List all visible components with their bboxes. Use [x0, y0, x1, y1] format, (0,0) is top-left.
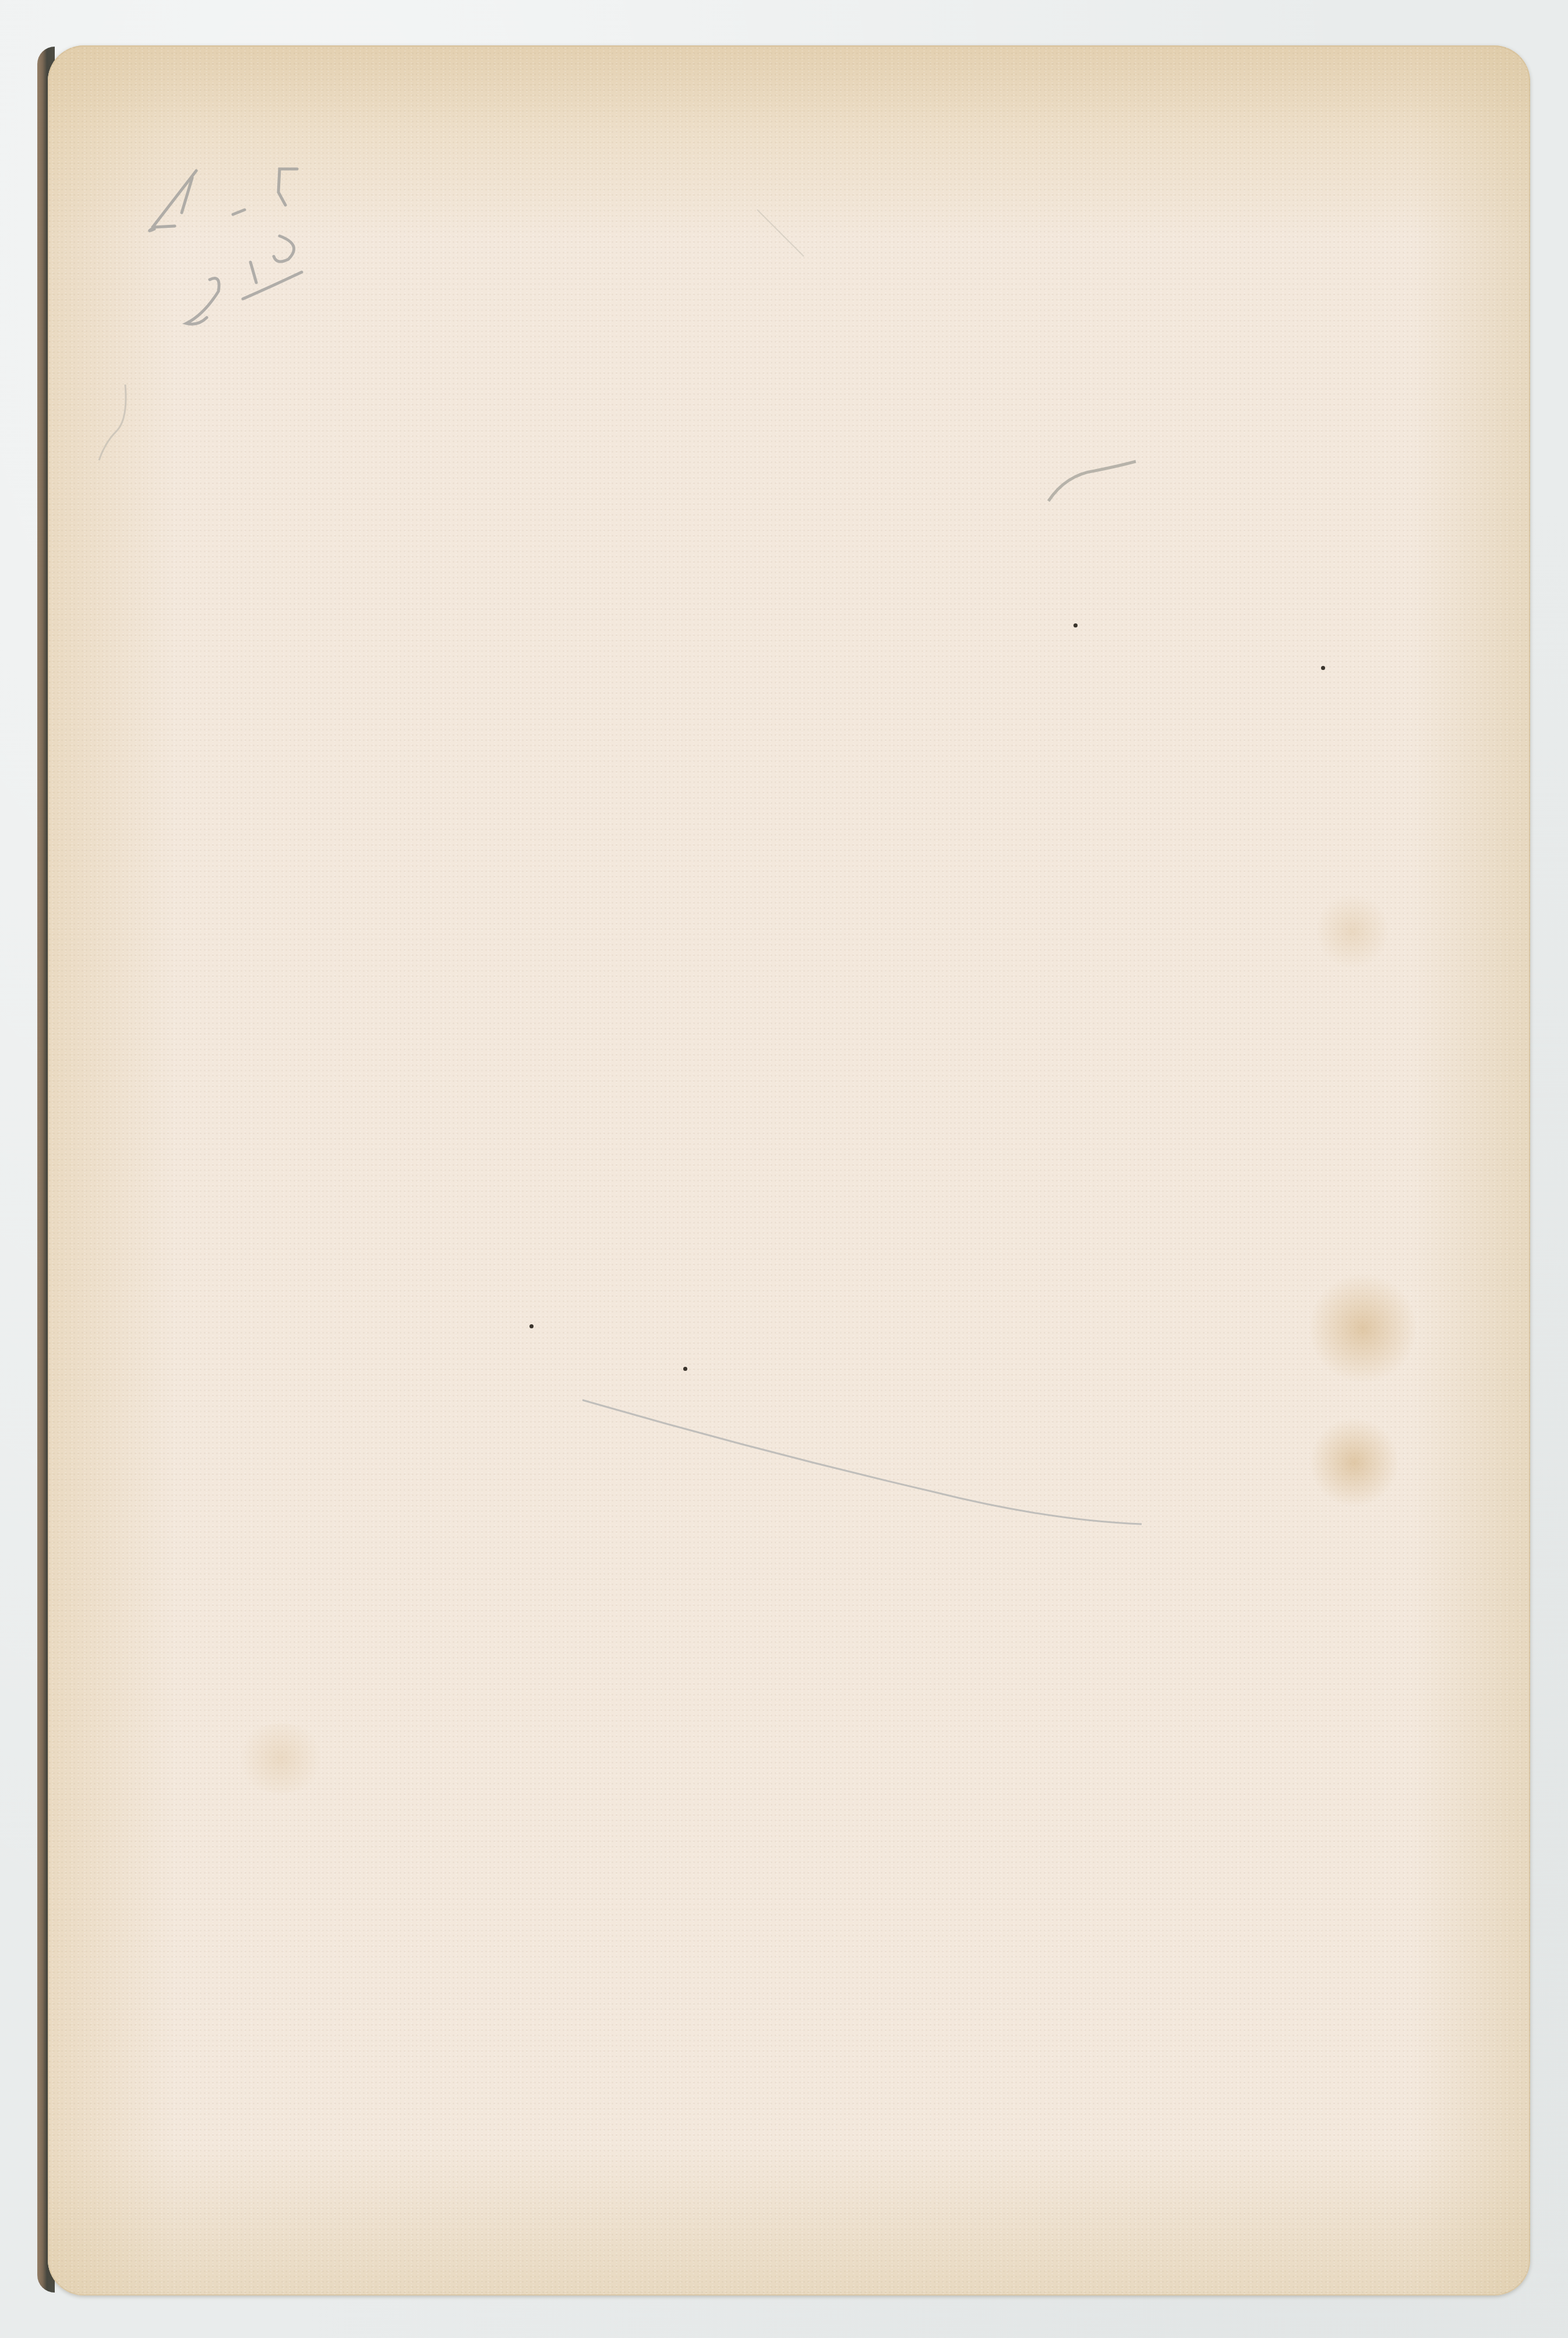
pencil-notation: 4-5 2- — [151, 163, 236, 291]
dark-speck — [1321, 666, 1325, 670]
foxing-spot — [1311, 1416, 1398, 1509]
pencil-notation-line2: 2- — [151, 227, 236, 291]
paper-grain — [48, 45, 1530, 2295]
foxing-spot — [1318, 890, 1387, 972]
pencil-notation-line1: 4-5 — [151, 163, 236, 227]
dark-speck — [683, 1367, 687, 1371]
cabinet-card-back — [48, 45, 1530, 2295]
foxing-spot — [1311, 1270, 1415, 1387]
foxing-spot — [234, 1723, 327, 1793]
dark-speck — [529, 1324, 534, 1328]
dark-speck — [1073, 623, 1078, 627]
